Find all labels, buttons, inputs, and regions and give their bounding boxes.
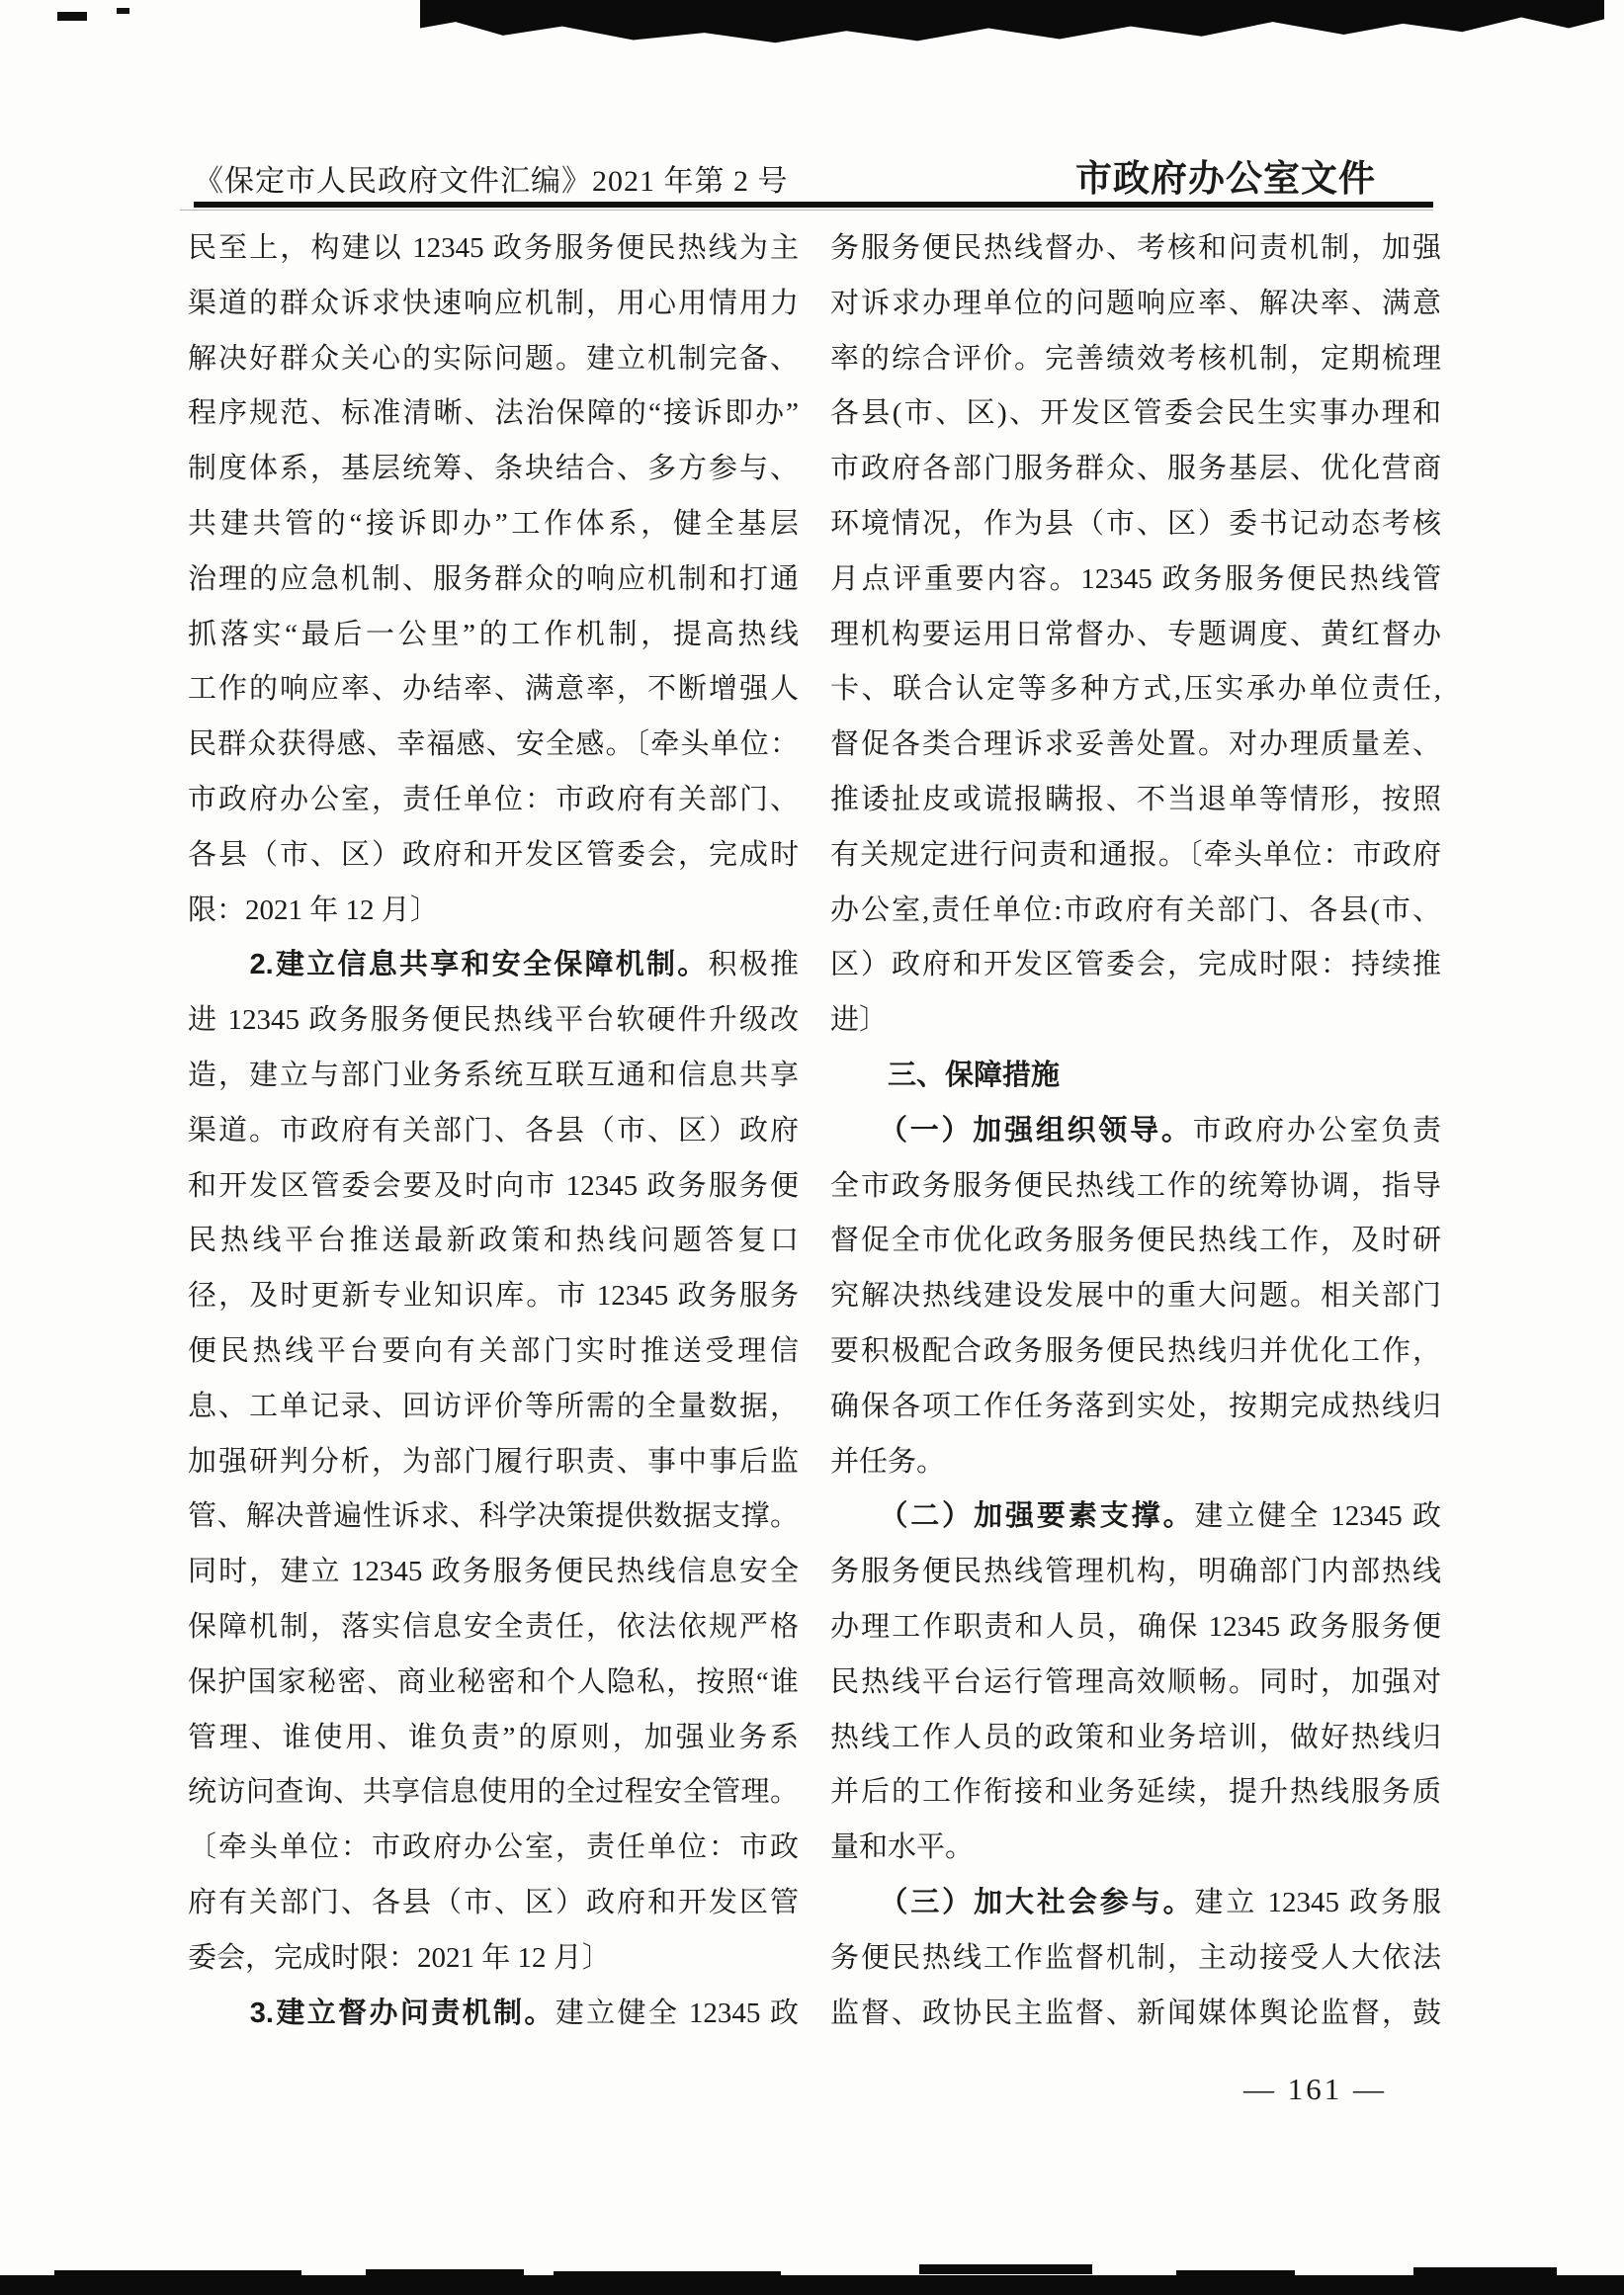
text-line: 全市政务服务便民热线工作的统筹协调，指导 bbox=[830, 1159, 1441, 1215]
text-line: 各县（市、区）政府和开发区管委会，完成时 bbox=[188, 828, 799, 884]
text-line: 市政府各部门服务群众、服务基层、优化营商 bbox=[830, 442, 1441, 497]
text-line: 抓落实“最后一公里”的工作机制，提高热线 bbox=[188, 608, 799, 663]
text-line: 解决好群众关心的实际问题。建立机制完备、 bbox=[188, 332, 799, 387]
text-line: 治理的应急机制、服务群众的响应机制和打通 bbox=[188, 552, 799, 608]
text-line: 量和水平。 bbox=[830, 1821, 1441, 1876]
text-line: 径，及时更新专业知识库。市 12345 政务服务 bbox=[188, 1269, 799, 1324]
text-line: 管理、谁使用、谁负责”的原则，加强业务系 bbox=[188, 1711, 799, 1766]
text-line: 2.建立信息共享和安全保障机制。积极推 bbox=[188, 938, 799, 993]
text-line: 务便民热线工作监督机制，主动接受人大依法 bbox=[830, 1931, 1441, 1987]
text-line: 卡、联合认定等多种方式,压实承办单位责任, bbox=[830, 662, 1441, 718]
text-line: 保障机制，落实信息安全责任，依法依规严格 bbox=[188, 1600, 799, 1656]
text-line: 区）政府和开发区管委会，完成时限：持续推 bbox=[830, 938, 1441, 993]
scan-speck bbox=[57, 12, 87, 21]
text-line: 渠道。市政府有关部门、各县（市、区）政府 bbox=[188, 1104, 799, 1159]
text-line: 委会，完成时限：2021 年 12 月〕 bbox=[188, 1931, 799, 1987]
text-line: 和开发区管委会要及时向市 12345 政务服务便 bbox=[188, 1159, 799, 1215]
header-compilation-title: 《保定市人民政府文件汇编》2021 年第 2 号 bbox=[194, 156, 789, 200]
text-line: 市政府办公室，责任单位：市政府有关部门、 bbox=[188, 773, 799, 828]
text-line: 3.建立督办问责机制。建立健全 12345 政 bbox=[188, 1987, 799, 2042]
text-line: 并后的工作衔接和业务延续，提升热线服务质 bbox=[830, 1765, 1441, 1821]
scan-artifact-top-edge bbox=[420, 0, 1604, 45]
text-line: 制度体系，基层统筹、条块结合、多方参与、 bbox=[188, 442, 799, 497]
text-line: 究解决热线建设发展中的重大问题。相关部门 bbox=[830, 1269, 1441, 1324]
text-line: 进〕 bbox=[830, 993, 1441, 1049]
header-section-title: 市政府办公室文件 bbox=[1075, 148, 1376, 202]
text-line: 办公室,责任单位:市政府有关部门、各县(市、 bbox=[830, 884, 1441, 939]
text-line: 监督、政协民主监督、新闻媒体舆论监督，鼓 bbox=[830, 1987, 1441, 2042]
text-line: 民热线平台运行管理高效顺畅。同时，加强对 bbox=[830, 1656, 1441, 1711]
text-line: 有关规定进行问责和通报。〔牵头单位：市政府 bbox=[830, 828, 1441, 884]
text-line: 热线工作人员的政策和业务培训，做好热线归 bbox=[830, 1711, 1441, 1766]
text-line: 督促全市优化政务服务便民热线工作，及时研 bbox=[830, 1214, 1441, 1269]
text-line: 民至上，构建以 12345 政务服务便民热线为主 bbox=[188, 221, 799, 277]
text-line: （一）加强组织领导。市政府办公室负责 bbox=[830, 1104, 1441, 1159]
text-line: 率的综合评价。完善绩效考核机制，定期梳理 bbox=[830, 332, 1441, 387]
text-line: 各县(市、区)、开发区管委会民生实事办理和 bbox=[830, 386, 1441, 442]
text-line: 督促各类合理诉求妥善处置。对办理质量差、 bbox=[830, 718, 1441, 773]
text-line: 务服务便民热线管理机构，明确部门内部热线 bbox=[830, 1545, 1441, 1600]
text-line: 程序规范、标准清晰、法治保障的“接诉即办” bbox=[188, 386, 799, 442]
text-column-right: 务服务便民热线督办、考核和问责机制，加强对诉求办理单位的问题响应率、解决率、满意… bbox=[830, 221, 1441, 2041]
text-line: 进 12345 政务服务便民热线平台软硬件升级改 bbox=[188, 993, 799, 1049]
text-line: 务服务便民热线督办、考核和问责机制，加强 bbox=[830, 221, 1441, 277]
page-number: — 161 — bbox=[1243, 2072, 1387, 2107]
scan-artifact-bottom-edge bbox=[0, 2275, 1624, 2295]
scan-artifact-fragment bbox=[919, 2264, 1092, 2274]
scan-artifact-fragment bbox=[1413, 2267, 1557, 2275]
header-rule bbox=[194, 202, 1433, 208]
text-line: 确保各项工作任务落到实处，按期完成热线归 bbox=[830, 1380, 1441, 1435]
text-line: 〔牵头单位：市政府办公室，责任单位：市政 bbox=[188, 1821, 799, 1876]
text-line: 统访问查询、共享信息使用的全过程安全管理。 bbox=[188, 1765, 799, 1821]
text-line: 限：2021 年 12 月〕 bbox=[188, 884, 799, 939]
text-line: 府有关部门、各县（市、区）政府和开发区管 bbox=[188, 1876, 799, 1931]
text-line: 渠道的群众诉求快速响应机制，用心用情用力 bbox=[188, 277, 799, 332]
text-line: 便民热线平台要向有关部门实时推送受理信 bbox=[188, 1324, 799, 1380]
text-line: （二）加强要素支撑。建立健全 12345 政 bbox=[830, 1489, 1441, 1545]
text-line: 推诿扯皮或谎报瞒报、不当退单等情形，按照 bbox=[830, 773, 1441, 828]
text-line: 民热线平台推送最新政策和热线问题答复口 bbox=[188, 1214, 799, 1269]
text-line: 共建共管的“接诉即办”工作体系，健全基层 bbox=[188, 497, 799, 552]
document-page: 《保定市人民政府文件汇编》2021 年第 2 号 市政府办公室文件 民至上，构建… bbox=[0, 0, 1624, 2295]
text-line: 环境情况，作为县（市、区）委书记动态考核 bbox=[830, 497, 1441, 552]
text-line: 造，建立与部门业务系统互联互通和信息共享 bbox=[188, 1049, 799, 1104]
text-line: 管、解决普遍性诉求、科学决策提供数据支撑。 bbox=[188, 1489, 799, 1545]
text-line: 保护国家秘密、商业秘密和个人隐私，按照“谁 bbox=[188, 1656, 799, 1711]
text-line: 三、保障措施 bbox=[830, 1049, 1441, 1104]
text-line: 办理工作职责和人员，确保 12345 政务服务便 bbox=[830, 1600, 1441, 1656]
text-line: （三）加大社会参与。建立 12345 政务服 bbox=[830, 1876, 1441, 1931]
text-line: 理机构要运用日常督办、专题调度、黄红督办 bbox=[830, 608, 1441, 663]
text-column-left: 民至上，构建以 12345 政务服务便民热线为主渠道的群众诉求快速响应机制，用心… bbox=[188, 221, 799, 2041]
scan-speck bbox=[117, 8, 129, 14]
text-line: 要积极配合政务服务便民热线归并优化工作， bbox=[830, 1324, 1441, 1380]
text-line: 息、工单记录、回访评价等所需的全量数据， bbox=[188, 1380, 799, 1435]
text-line: 并任务。 bbox=[830, 1435, 1441, 1490]
text-line: 月点评重要内容。12345 政务服务便民热线管 bbox=[830, 552, 1441, 608]
text-line: 民群众获得感、幸福感、安全感。〔牵头单位： bbox=[188, 718, 799, 773]
text-line: 同时，建立 12345 政务服务便民热线信息安全 bbox=[188, 1545, 799, 1600]
text-line: 对诉求办理单位的问题响应率、解决率、满意 bbox=[830, 277, 1441, 332]
text-line: 工作的响应率、办结率、满意率，不断增强人 bbox=[188, 662, 799, 718]
text-line: 加强研判分析，为部门履行职责、事中事后监 bbox=[188, 1435, 799, 1490]
